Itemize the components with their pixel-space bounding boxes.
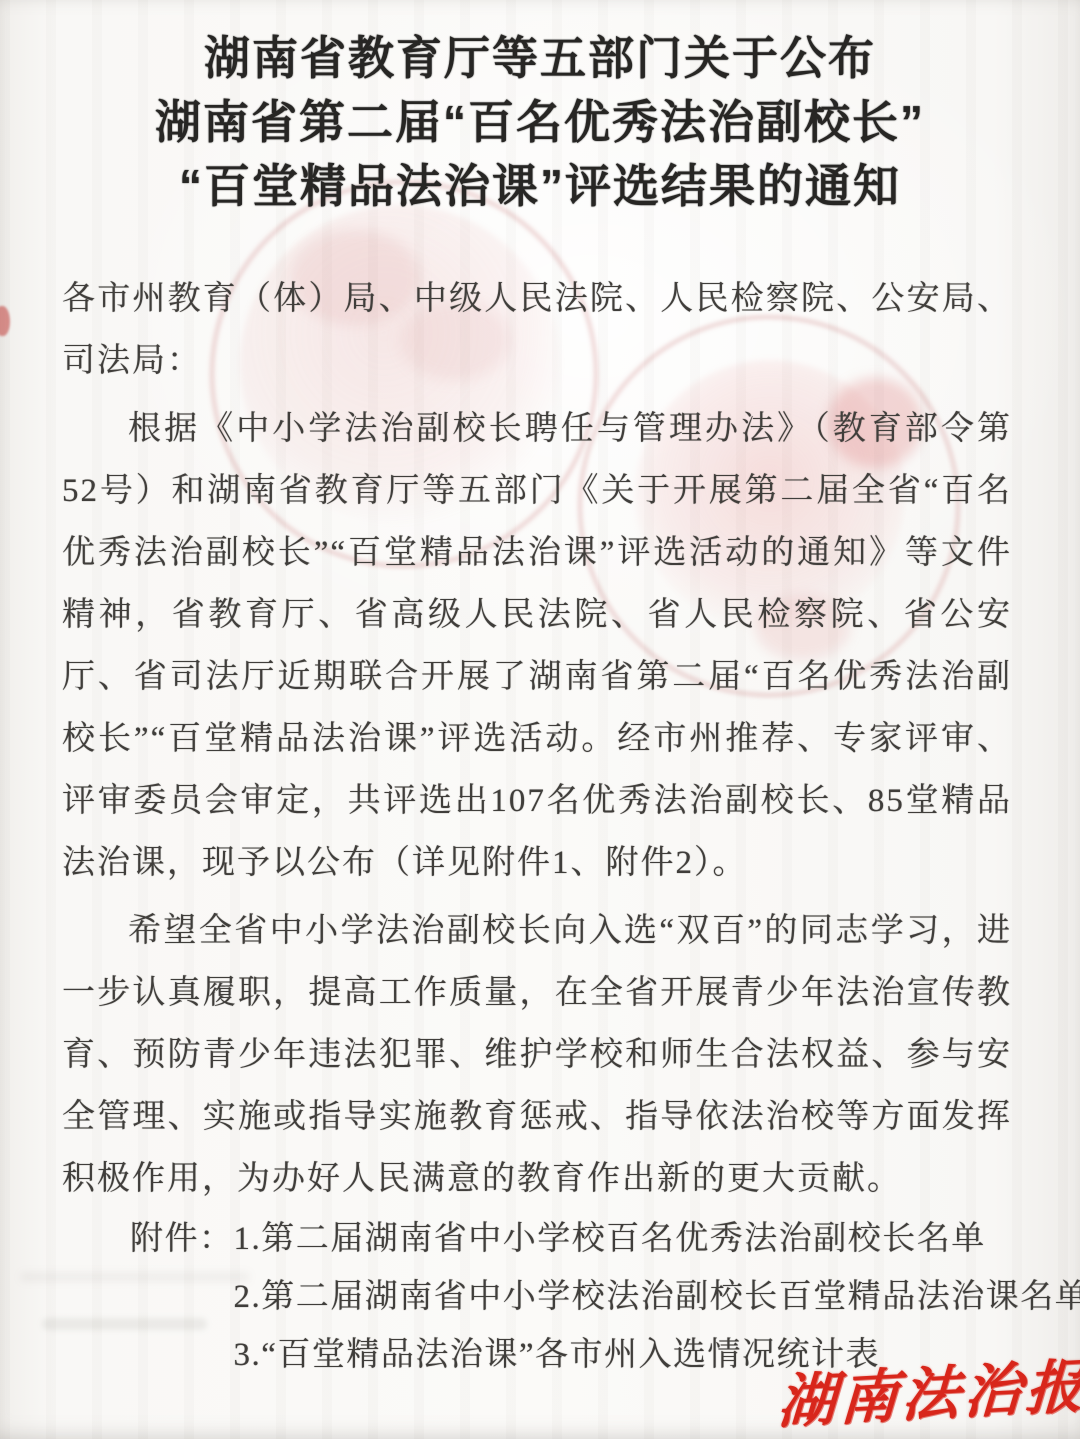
attachments-label: 附件： [130, 1210, 234, 1268]
attachment-item-2: 2.第二届湖南省中小学校法治副校长百堂精品法治课名单 [234, 1268, 1080, 1326]
body-paragraph-2: 希望全省中小学法治副校长向入选“双百”的同志学习，进一步认真履职，提高工作质量，… [62, 900, 1012, 1210]
red-edge-mark [0, 306, 10, 336]
scanned-document-page: 湖南省教育厅等五部门关于公布 湖南省第二届“百名优秀法治副校长” “百堂精品法治… [0, 0, 1080, 1439]
document-title-line-3: “百堂精品法治课”评选结果的通知 [0, 154, 1080, 218]
document-body: 各市州教育（体）局、中级人民法院、人民检察院、公安局、司法局： 根据《中小学法治… [62, 268, 1012, 1210]
document-title-line-2: 湖南省第二届“百名优秀法治副校长” [0, 90, 1080, 154]
document-title: 湖南省教育厅等五部门关于公布 湖南省第二届“百名优秀法治副校长” “百堂精品法治… [0, 26, 1080, 218]
hunan-fazhi-bao-watermark: 湖南法治报 [776, 1339, 1080, 1439]
body-paragraph-1: 根据《中小学法治副校长聘任与管理办法》（教育部令第52号）和湖南省教育厅等五部门… [62, 398, 1012, 894]
document-title-line-1: 湖南省教育厅等五部门关于公布 [0, 26, 1080, 90]
salutation-line: 各市州教育（体）局、中级人民法院、人民检察院、公安局、司法局： [62, 268, 1012, 392]
attachment-item-1: 1.第二届湖南省中小学校百名优秀法治副校长名单 [234, 1210, 1080, 1268]
